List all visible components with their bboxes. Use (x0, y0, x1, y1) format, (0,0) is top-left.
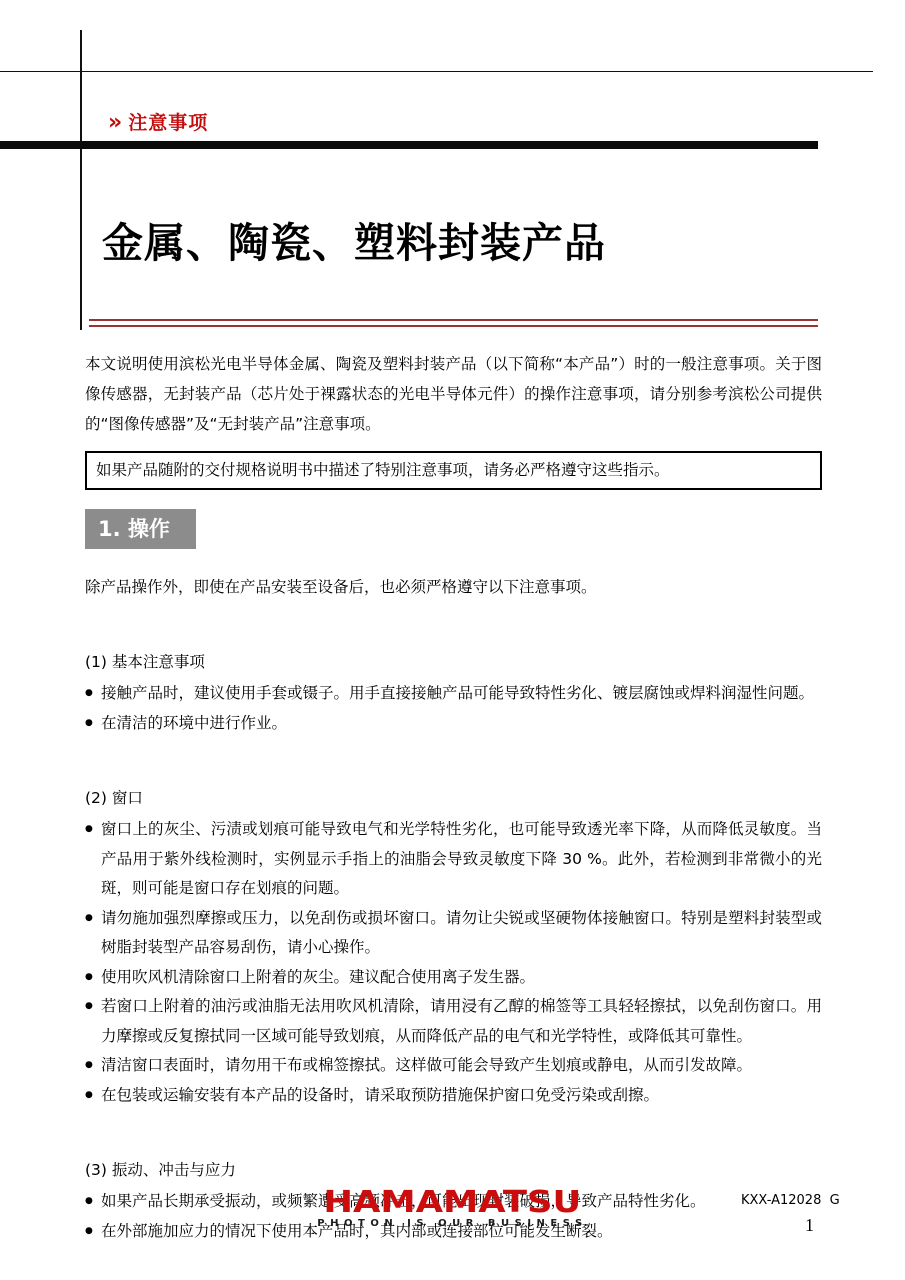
list-item-text: 清洁窗口表面时，请勿用干布或棉签擦拭。这样做可能会导致产生划痕或静电，从而引发故… (101, 1056, 752, 1074)
list-item-text: 在清洁的环境中进行作业。 (101, 714, 287, 732)
subsection-1-heading: (1) 基本注意事项 (85, 647, 822, 677)
subsection-2-bullet-list: ●窗口上的灰尘、污渍或划痕可能导致电气和光学特性劣化，也可能导致透光率下降，从而… (85, 815, 822, 1110)
spacer (85, 1110, 822, 1133)
subsection-2-window: (2) 窗口 ●窗口上的灰尘、污渍或划痕可能导致电气和光学特性劣化，也可能导致透… (85, 783, 822, 1110)
list-item-text: 若窗口上附着的油污或油脂无法用吹风机清除，请用浸有乙醇的棉签等工具轻轻擦拭，以免… (101, 997, 822, 1045)
list-item: ●在包装或运输安装有本产品的设备时，请采取预防措施保护窗口免受污染或刮擦。 (85, 1081, 822, 1111)
subsection-2-heading: (2) 窗口 (85, 783, 822, 813)
document-page: »注意事项 金属、陶瓷、塑料封装产品 本文说明使用滨松光电半导体金属、陶瓷及塑料… (0, 0, 905, 1280)
header-thick-bar (0, 141, 818, 149)
list-item-text: 在包装或运输安装有本产品的设备时，请采取预防措施保护窗口免受污染或刮擦。 (101, 1086, 659, 1104)
left-vertical-rule (80, 30, 82, 330)
bullet-icon: ● (85, 992, 93, 1022)
list-item: ●使用吹风机清除窗口上附着的灰尘。建议配合使用离子发生器。 (85, 963, 822, 993)
bullet-icon: ● (85, 904, 93, 934)
bullet-icon: ● (85, 709, 93, 739)
double-chevron-icon: » (108, 110, 120, 135)
bullet-icon: ● (85, 1051, 93, 1081)
subsection-1-bullet-list: ●接触产品时，建议使用手套或镊子。用手直接接触产品可能导致特性劣化、镀层腐蚀或焊… (85, 679, 822, 738)
document-number: KXX-A12028 G (741, 1193, 840, 1208)
section-heading-row: 1. 操作 (85, 509, 822, 549)
bullet-icon: ● (85, 815, 93, 845)
spacer (85, 602, 822, 625)
header-section-label-text: 注意事项 (128, 112, 208, 134)
list-item: ●窗口上的灰尘、污渍或划痕可能导致电气和光学特性劣化，也可能导致透光率下降，从而… (85, 815, 822, 904)
list-item: ●清洁窗口表面时，请勿用干布或棉签擦拭。这样做可能会导致产生划痕或静电，从而引发… (85, 1051, 822, 1081)
list-item-text: 使用吹风机清除窗口上附着的灰尘。建议配合使用离子发生器。 (101, 968, 535, 986)
bullet-icon: ● (85, 963, 93, 993)
bullet-icon: ● (85, 1081, 93, 1111)
list-item-text: 请勿施加强烈摩擦或压力，以免刮伤或损坏窗口。请勿让尖锐或坚硬物体接触窗口。特别是… (101, 909, 822, 957)
list-item-text: 接触产品时，建议使用手套或镊子。用手直接接触产品可能导致特性劣化、镀层腐蚀或焊料… (101, 684, 814, 702)
page-title: 金属、陶瓷、塑料封装产品 (102, 210, 606, 269)
notice-box: 如果产品随附的交付规格说明书中描述了特别注意事项，请务必严格遵守这些指示。 (85, 451, 822, 490)
top-horizontal-rule (0, 71, 873, 72)
hamamatsu-logo: HAMAMATSU (324, 1190, 582, 1216)
document-body: 本文说明使用滨松光电半导体金属、陶瓷及塑料封装产品（以下简称“本产品”）时的一般… (85, 349, 822, 1246)
header-section-label: »注意事项 (108, 108, 208, 135)
section-1-heading: 1. 操作 (85, 509, 196, 549)
section-1-lead: 除产品操作外，即使在产品安装至设备后，也必须严格遵守以下注意事项。 (85, 572, 822, 602)
subsection-1-basic-precautions: (1) 基本注意事项 ●接触产品时，建议使用手套或镊子。用手直接接触产品可能导致… (85, 647, 822, 738)
spacer (85, 738, 822, 761)
page-number: 1 (805, 1215, 814, 1236)
intro-paragraph: 本文说明使用滨松光电半导体金属、陶瓷及塑料封装产品（以下简称“本产品”）时的一般… (85, 349, 822, 439)
list-item: ●若窗口上附着的油污或油脂无法用吹风机清除，请用浸有乙醇的棉签等工具轻轻擦拭，以… (85, 992, 822, 1051)
list-item: ●请勿施加强烈摩擦或压力，以免刮伤或损坏窗口。请勿让尖锐或坚硬物体接触窗口。特别… (85, 904, 822, 963)
bullet-icon: ● (85, 679, 93, 709)
list-item: ●接触产品时，建议使用手套或镊子。用手直接接触产品可能导致特性劣化、镀层腐蚀或焊… (85, 679, 822, 709)
list-item-text: 窗口上的灰尘、污渍或划痕可能导致电气和光学特性劣化，也可能导致透光率下降，从而降… (101, 820, 822, 897)
list-item: ●在清洁的环境中进行作业。 (85, 709, 822, 739)
subsection-3-heading: (3) 振动、冲击与应力 (85, 1155, 822, 1185)
title-underline-double-rule (89, 319, 818, 327)
